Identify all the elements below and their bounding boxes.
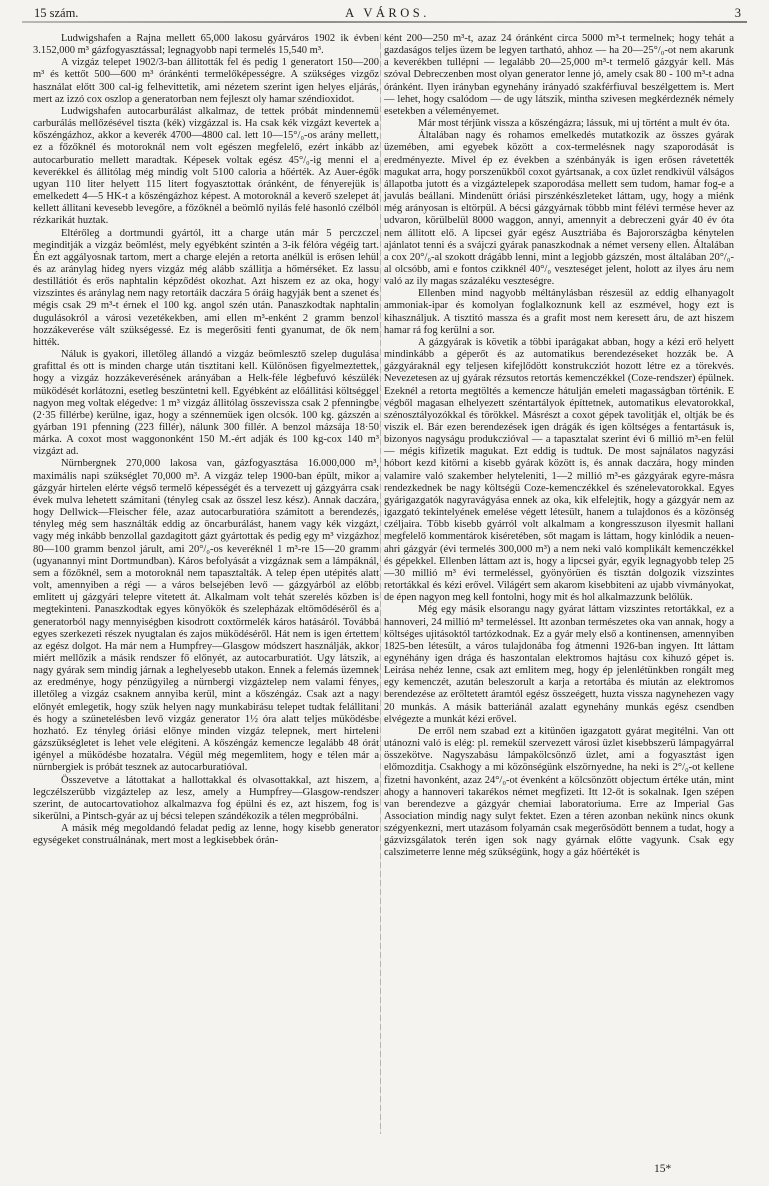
signature-mark: 15* [654,1163,671,1175]
paragraph: A vizgáz telepet 1902/3-ban állitották f… [33,57,379,106]
page-number: 3 [735,6,741,21]
paragraph: A gázgyárak is követik a többi iparágaka… [384,337,734,604]
left-column: Ludwigshafen a Rajna mellett 65,000 lako… [33,33,379,847]
journal-title: A VÁROS. [34,6,741,21]
paragraph: Ellenben mind nagyobb méltánylásban rész… [384,288,734,337]
paragraph: Ludwigshafen autocarburálást alkalmaz, d… [33,106,379,228]
paragraph: ként 200—250 m³-t, azaz 24 óránként circ… [384,33,734,118]
paragraph: Ludwigshafen a Rajna mellett 65,000 lako… [33,33,379,57]
paragraph: De erről nem szabad ezt a kitünően igazg… [384,726,734,860]
right-column: ként 200—250 m³-t, azaz 24 óránként circ… [384,33,734,860]
paragraph: A másik még megoldandó feladat pedig az … [33,823,379,847]
paragraph: Még egy másik elsorangu nagy gyárat látt… [384,604,734,726]
header-rule [22,21,747,23]
paragraph: Nürnbergnek 270,000 lakosa van, gázfogya… [33,458,379,774]
paragraph: Általában nagy és rohamos emelkedés muta… [384,130,734,288]
column-divider [380,34,381,1134]
paragraph: Már most térjünk vissza a kőszéngázra; l… [384,118,734,130]
paragraph: Összevetve a látottakat a hallottakkal é… [33,775,379,824]
paragraph: Eltérőleg a dortmundi gyártól, itt a cha… [33,228,379,350]
paragraph: Náluk is gyakori, illetőleg állandó a vi… [33,349,379,458]
